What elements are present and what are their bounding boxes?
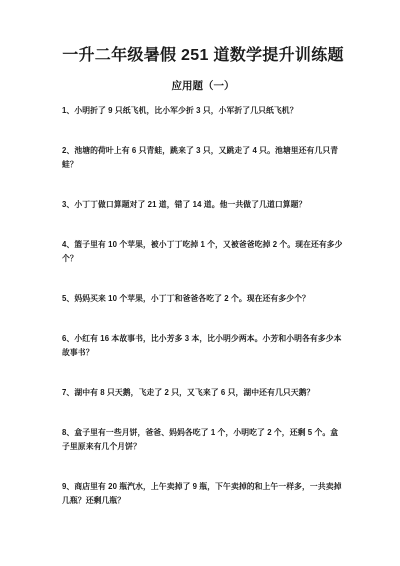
- question-7: 7、湖中有 8 只天鹅，飞走了 2 只，又飞来了 6 只，湖中还有几只天鹅？: [62, 386, 344, 400]
- question-line: 蛙？: [62, 158, 344, 172]
- question-line: 7、湖中有 8 只天鹅，飞走了 2 只，又飞来了 6 只，湖中还有几只天鹅？: [62, 386, 344, 400]
- question-line: 8、盒子里有一些月饼，爸爸、妈妈各吃了 1 个，小明吃了 2 个，还剩 5 个。…: [62, 426, 344, 440]
- question-line: 子里原来有几个月饼？: [62, 440, 344, 454]
- question-line: 2、池塘的荷叶上有 6 只青蛙，跳来了 3 只，又跳走了 4 只。池塘里还有几只…: [62, 144, 344, 158]
- section-subtitle: 应用题（一）: [62, 80, 344, 93]
- page-title: 一升二年级暑假 251 道数学提升训练题: [62, 46, 344, 66]
- question-4: 4、篮子里有 10 个苹果，被小丁丁吃掉 1 个，又被爸爸吃掉 2 个。现在还有…: [62, 238, 344, 266]
- question-line: 几瓶？还剩几瓶？: [62, 494, 344, 508]
- question-line: 个？: [62, 252, 344, 266]
- question-5: 5、妈妈买来 10 个苹果，小丁丁和爸爸各吃了 2 个。现在还有多少个？: [62, 292, 344, 306]
- question-line: 5、妈妈买来 10 个苹果，小丁丁和爸爸各吃了 2 个。现在还有多少个？: [62, 292, 344, 306]
- question-1: 1、小明折了 9 只纸飞机，比小军少折 3 只，小军折了几只纸飞机？: [62, 104, 344, 118]
- question-line: 故事书？: [62, 346, 344, 360]
- question-2: 2、池塘的荷叶上有 6 只青蛙，跳来了 3 只，又跳走了 4 只。池塘里还有几只…: [62, 144, 344, 172]
- question-line: 3、小丁丁做口算题对了 21 道，错了 14 道。他一共做了几道口算题？: [62, 198, 344, 212]
- question-line: 9、商店里有 20 瓶汽水，上午卖掉了 9 瓶，下午卖掉的和上午一样多，一共卖掉: [62, 480, 344, 494]
- question-8: 8、盒子里有一些月饼，爸爸、妈妈各吃了 1 个，小明吃了 2 个，还剩 5 个。…: [62, 426, 344, 454]
- question-6: 6、小红有 16 本故事书，比小芳多 3 本，比小明少两本。小芳和小明各有多少本…: [62, 332, 344, 360]
- question-9: 9、商店里有 20 瓶汽水，上午卖掉了 9 瓶，下午卖掉的和上午一样多，一共卖掉…: [62, 480, 344, 508]
- question-line: 4、篮子里有 10 个苹果，被小丁丁吃掉 1 个，又被爸爸吃掉 2 个。现在还有…: [62, 238, 344, 252]
- question-list: 1、小明折了 9 只纸飞机，比小军少折 3 只，小军折了几只纸飞机？ 2、池塘的…: [62, 104, 344, 508]
- question-line: 6、小红有 16 本故事书，比小芳多 3 本，比小明少两本。小芳和小明各有多少本: [62, 332, 344, 346]
- question-line: 1、小明折了 9 只纸飞机，比小军少折 3 只，小军折了几只纸飞机？: [62, 104, 344, 118]
- question-3: 3、小丁丁做口算题对了 21 道，错了 14 道。他一共做了几道口算题？: [62, 198, 344, 212]
- worksheet-page: 一升二年级暑假 251 道数学提升训练题 应用题（一） 1、小明折了 9 只纸飞…: [0, 0, 400, 566]
